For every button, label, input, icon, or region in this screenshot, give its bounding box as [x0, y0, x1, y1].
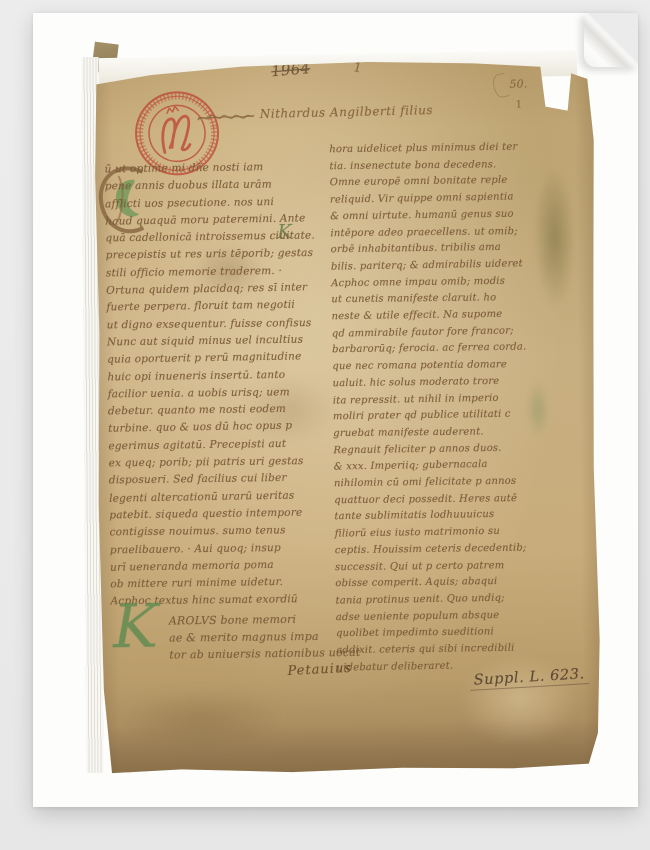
manuscript-line: facilior uenia. a uobis urisq; uem [108, 383, 348, 403]
text-column-left: ũ ut optime mi dñe nosti iampene annis d… [104, 158, 350, 611]
manuscript-line: gruebat manifeste auderent. [333, 423, 581, 443]
manuscript-line: ae & merito magnus impa [169, 627, 360, 646]
manuscript-line: legenti altercationū urarū ueritas [109, 486, 349, 507]
manuscript-line: quolibet impedimto sueditioni [336, 624, 584, 644]
stain [116, 687, 287, 753]
corner-numeral: 1 [516, 100, 523, 111]
photo-card: 1964 1 50. 1 Nithardus Angilberti filius [33, 13, 638, 807]
manuscript-line: que nec romana potentia domare [332, 357, 580, 377]
manuscript-line: tia. insenectute bona decedens. [329, 156, 577, 176]
text-column-right: hora uidelicet plus minimus diei tertia.… [329, 139, 584, 677]
stray-stroke: 1 [352, 60, 364, 77]
crossed-out-word [196, 109, 256, 126]
folio-annotation: 50. [509, 77, 527, 90]
manuscript-line: quattuor deci possedit. Heres autē [334, 490, 582, 510]
manuscript-line: ut digno exsequentur. fuisse confisus [107, 314, 347, 334]
manuscript-line: fuerte perpera. floruit tam negotii [106, 296, 346, 317]
manuscript-line: AROLVS bone memori [169, 610, 360, 630]
manuscript-line: ex queq; porib; pii patris uri gestas [109, 453, 349, 473]
manuscript-line: contigisse nouimus. sumo tenus [110, 522, 350, 542]
folio-arc-mark [491, 73, 510, 100]
page-curl-corner [584, 13, 638, 67]
parchment-leaf: 1964 1 50. 1 Nithardus Angilberti filius [91, 55, 604, 776]
title-annotation: Nithardus Angilberti filius [260, 103, 434, 121]
manuscript-line: intēpore adeo praecellens. ut omib; [330, 223, 578, 243]
owner-signature: Petauius [287, 661, 352, 679]
karolus-block: AROLVS bone memoriae & merito magnus imp… [169, 610, 361, 664]
manuscript-line: tor ab uniuersis nationibus uocat [169, 644, 360, 664]
manuscript-line: ut cunetis manifeste claruit. ho [331, 290, 579, 310]
manuscript-line: pene annis duobus illata urām [105, 176, 345, 196]
karolus-initial: K [113, 597, 159, 658]
manuscript-line: successit. Qui ut p certo patrem [335, 557, 583, 577]
museum-photo-page: { "colors": { "background": "#ebebeb", "… [0, 0, 650, 850]
manuscript-line: precepistis ut res uris tēporib; gestas [106, 245, 346, 265]
